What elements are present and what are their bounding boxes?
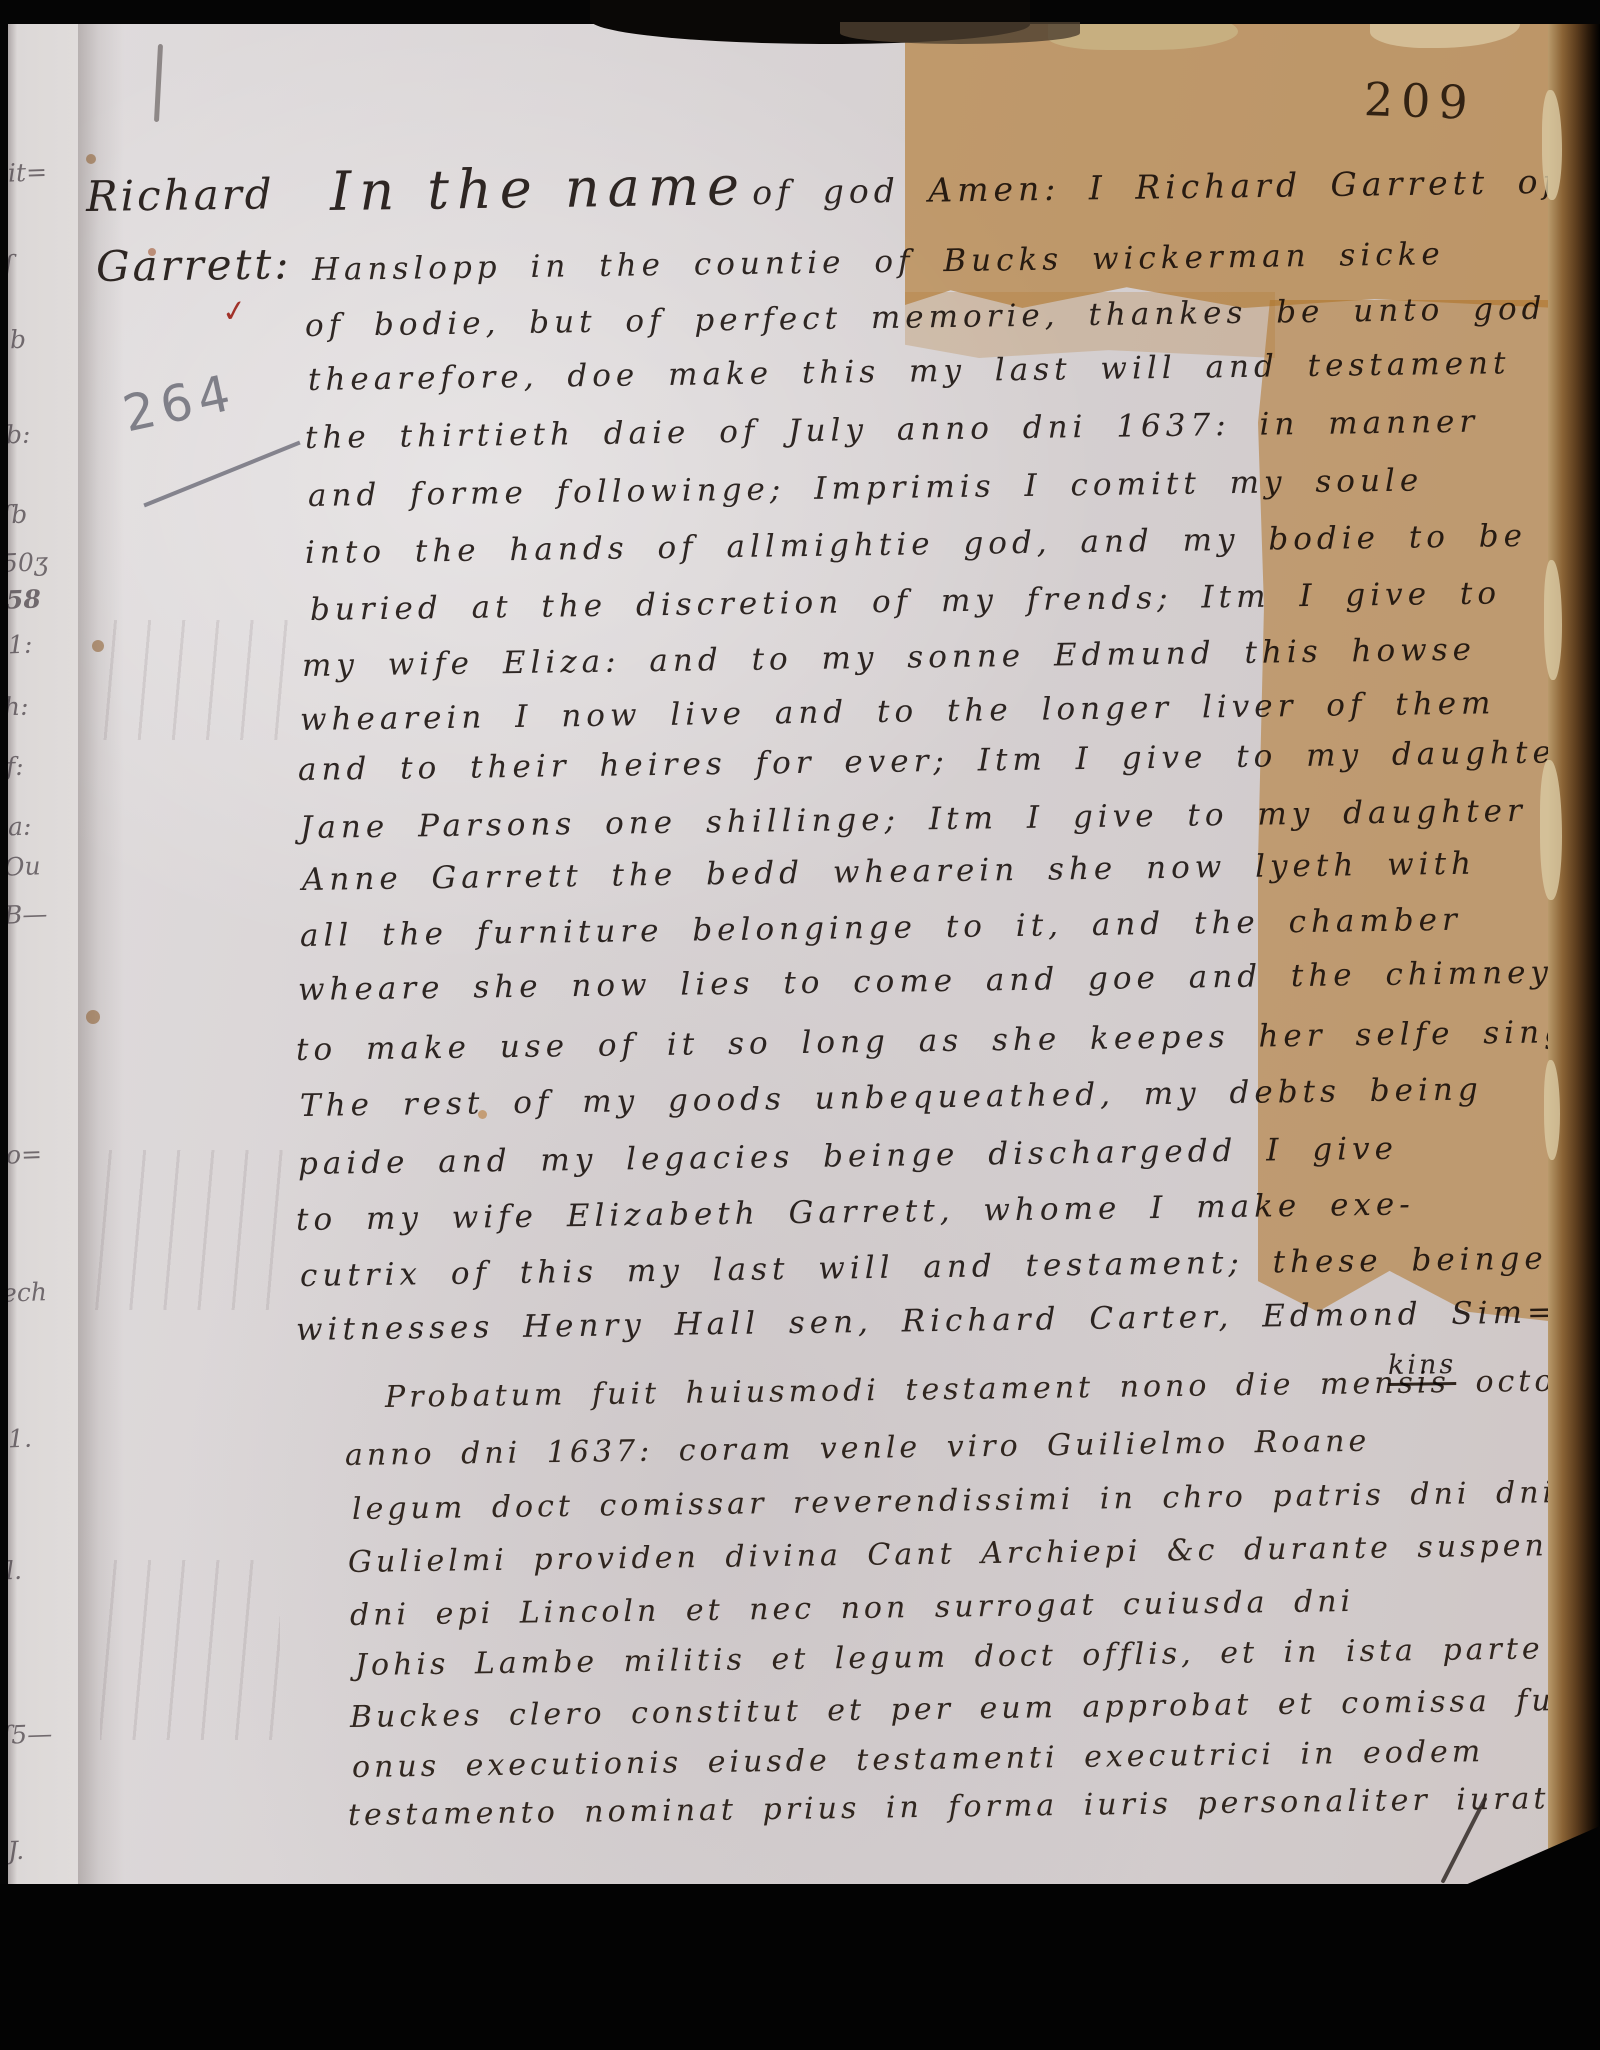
opening-large-words: In the name (330, 154, 748, 223)
left-page-fragment: f: (5, 752, 24, 782)
left-page-fragment: o= (6, 1139, 43, 1169)
stain (86, 154, 96, 164)
show-through-writing (95, 1150, 295, 1310)
stain (86, 1010, 100, 1024)
photo-border-left (0, 0, 8, 2050)
left-page-fragment: 50ʒ (2, 547, 49, 578)
left-page-fragment: B— (4, 899, 48, 929)
left-page-fragment: l. (5, 1556, 22, 1586)
photo-border-bottom (0, 1884, 1600, 2050)
margin-testator-name-line2: Garrett: (96, 239, 292, 291)
photo-border-bump (840, 22, 1080, 44)
left-page-fragment: J. (7, 1836, 24, 1866)
left-page-fragment: it= (8, 157, 48, 187)
left-page-fragment: b (9, 325, 26, 355)
margin-testator-name-line1: Richard (86, 169, 275, 221)
folio-number: 209 (1363, 72, 1477, 130)
left-page-fragment: a: (8, 812, 32, 842)
facing-page-edge: it= ſ b b: ſb 50ʒ 58 1: h: f: a: Ou B— o… (0, 12, 78, 1890)
left-page-fragment: ſ5— (2, 1719, 53, 1750)
red-check-mark: ✓ (220, 293, 250, 331)
left-page-fragment: ech (2, 1277, 48, 1308)
left-page-fragment: 58 (6, 584, 42, 614)
book-fore-edge (1548, 0, 1600, 2050)
show-through-writing (100, 1560, 280, 1740)
left-page-fragment: 1: (8, 630, 33, 660)
manuscript-photo: it= ſ b b: ſb 50ʒ 58 1: h: f: a: Ou B— o… (0, 0, 1600, 2050)
opening-rest-words: of god Amen: I Richard Garrett of (752, 162, 1560, 212)
left-page-fragment: 1. (8, 1424, 33, 1454)
show-through-writing (100, 620, 290, 740)
left-page-fragment: Ou (4, 851, 42, 881)
left-page-fragment: b: (6, 420, 31, 450)
